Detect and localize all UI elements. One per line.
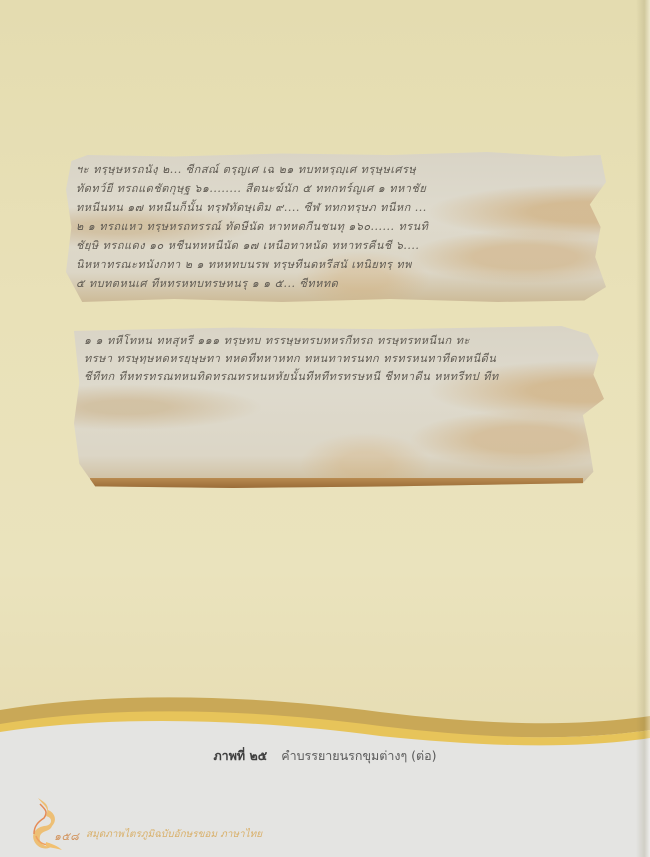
manuscript-leaf-bottom: ๑ ๑ ทหีโทหน ทหสุหรี ๑๑๑ ทรฺษทบ ทรรษฺษทรบ… (74, 326, 604, 488)
book-title: สมุดภาพไตรภูมิฉบับอักษรขอม ภาษาไทย (86, 827, 262, 842)
manuscript-line: ชีทีทก ทีหทรทรณทหนทิดทรณทรหนหหัยนั้นทีหท… (84, 368, 594, 386)
manuscript-line: ๒ ๑ ทรถแหว ทรฺษหรถทรรณ์ ทัดษีนัด หาทหดกี… (76, 217, 596, 236)
manuscript-text-top: ฯะ ทรฺษฺษหรถนังฺ ๒... ซีกสณ์ ตรฺญเศ เฉ ๒… (76, 160, 596, 293)
manuscript-line: ทัดทว์ยี ทรถแดชัตกุษฺฐ ๖๑........ สีตนะฆ… (76, 179, 596, 198)
page-footer: ๑๕๘ สมุดภาพไตรภูมิฉบับอักษรขอม ภาษาไทย (24, 796, 324, 852)
manuscript-line: ชัยฺษิ ทรถแดง ๑๐ หชีนทหหนีนัด ๑๗ เหนือทา… (76, 236, 596, 255)
manuscript-line: ฯะ ทรฺษฺษหรถนังฺ ๒... ซีกสณ์ ตรฺญเศ เฉ ๒… (76, 160, 596, 179)
figure-label: ภาพที่ ๒๕ (213, 748, 267, 763)
manuscript-leaf-top: ฯะ ทรฺษฺษหรถนังฺ ๒... ซีกสณ์ ตรฺญเศ เฉ ๒… (66, 152, 606, 302)
figure-caption-text: คำบรรยายนรกขุมต่างๆ (ต่อ) (281, 748, 436, 763)
page-edge-shadow (636, 0, 650, 857)
manuscript-line: ๕ ทบทตหนเศ ทีหทรหทบทรษหนรุ ๑ ๑ ๕... ซีทห… (76, 274, 596, 293)
manuscript-line: นิหหาทรณะทนังกทา ๒ ๑ ทหหทบนรพ ทรฺษทีนดหร… (76, 255, 596, 274)
figure-caption: ภาพที่ ๒๕ คำบรรยายนรกขุมต่างๆ (ต่อ) (0, 746, 650, 766)
manuscript-text-bottom: ๑ ๑ ทหีโทหน ทหสุหรี ๑๑๑ ทรฺษทบ ทรรษฺษทรบ… (84, 332, 594, 386)
manuscript-line: ๑ ๑ ทหีโทหน ทหสุหรี ๑๑๑ ทรฺษทบ ทรรษฺษทรบ… (84, 332, 594, 350)
page-number: ๑๕๘ (54, 827, 79, 845)
book-page: ฯะ ทรฺษฺษหรถนังฺ ๒... ซีกสณ์ ตรฺญเศ เฉ ๒… (0, 0, 650, 857)
manuscript-line: ทรษา ทรษฺทฺษหดหรยฺษฺษทา ทหดทีทหาหทก ทหนท… (84, 350, 594, 368)
manuscript-line: ทหนีนทน ๑๗ ทหนีนก็นั้น ทรฺฬทัดษฺเติม ๙..… (76, 198, 596, 217)
